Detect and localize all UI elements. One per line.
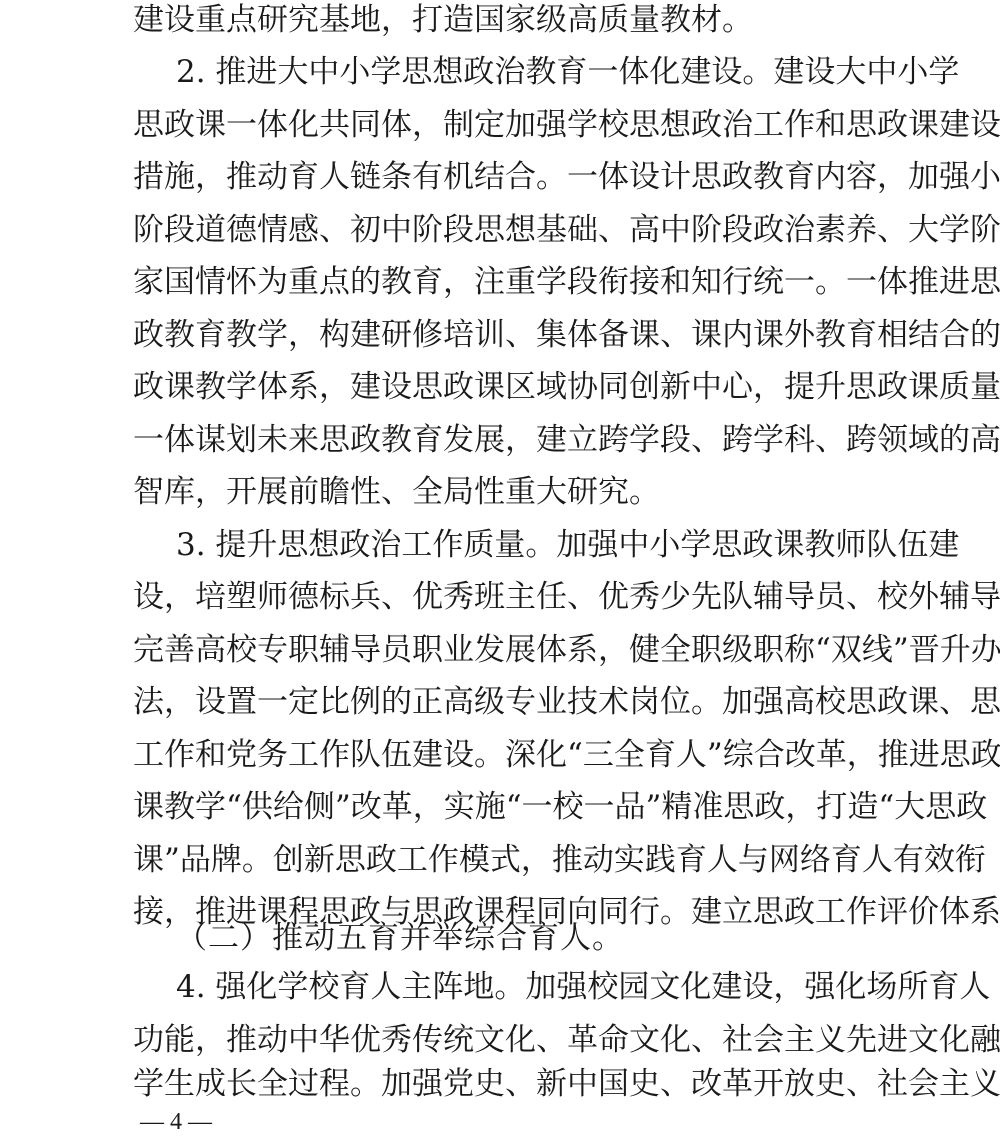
text-line: 措施，推动育人链条有机结合。一体设计思政教育内容，加强小学 [133, 157, 869, 197]
section-heading: （二）推动五育并举综合育人。 [176, 918, 869, 958]
text-line: 法，设置一定比例的正高级专业技术岗位。加强高校思政课、思政 [133, 682, 869, 722]
page-number: — 4 — [140, 1107, 212, 1137]
text-line: 课教学“供给侧”改革，实施“一校一品”精准思政，打造“大思政 [133, 787, 869, 827]
text-line: 工作和党务工作队伍建设。深化“三全育人”综合改革，推进思政 [133, 735, 869, 775]
text-line: 一体谋划未来思政教育发展，建立跨学段、跨学科、跨领域的高端 [133, 420, 869, 460]
text-line: 功能，推动中华优秀传统文化、革命文化、社会主义先进文化融入 [133, 1020, 869, 1060]
text-line: 思政课一体化共同体，制定加强学校思想政治工作和思政课建设 [133, 105, 869, 145]
text-line: 阶段道德情感、初中阶段思想基础、高中阶段政治素养、大学阶段 [133, 210, 869, 250]
text-line: 智库，开展前瞻性、全局性重大研究。 [133, 472, 869, 512]
text-line: 学生成长全过程。加强党史、新中国史、改革开放史、社会主义发 [133, 1064, 869, 1104]
document-page: 建设重点研究基地，打造国家级高质量教材。 2. 推进大中小学思想政治教育一体化建… [0, 0, 1000, 1137]
text-line: 4. 强化学校育人主阵地。加强校园文化建设，强化场所育人 [176, 967, 869, 1007]
text-line: 2. 推进大中小学思想政治教育一体化建设。建设大中小学 [176, 52, 869, 92]
text-line: 政课教学体系，建设思政课区域协同创新中心，提升思政课质量。 [133, 367, 869, 407]
text-line: 家国情怀为重点的教育，注重学段衔接和知行统一。一体推进思 [133, 262, 869, 302]
text-line: 3. 提升思想政治工作质量。加强中小学思政课教师队伍建 [176, 525, 869, 565]
text-line: 设，培塑师德标兵、优秀班主任、优秀少先队辅导员、校外辅导员。 [133, 577, 869, 617]
text-line: 建设重点研究基地，打造国家级高质量教材。 [133, 0, 869, 40]
text-line: 课”品牌。创新思政工作模式，推动实践育人与网络育人有效衔 [133, 840, 869, 880]
text-line: 政教育教学，构建研修培训、集体备课、课内课外教育相结合的思 [133, 315, 869, 355]
text-line: 完善高校专职辅导员职业发展体系，健全职级职称“双线”晋升办 [133, 630, 869, 670]
